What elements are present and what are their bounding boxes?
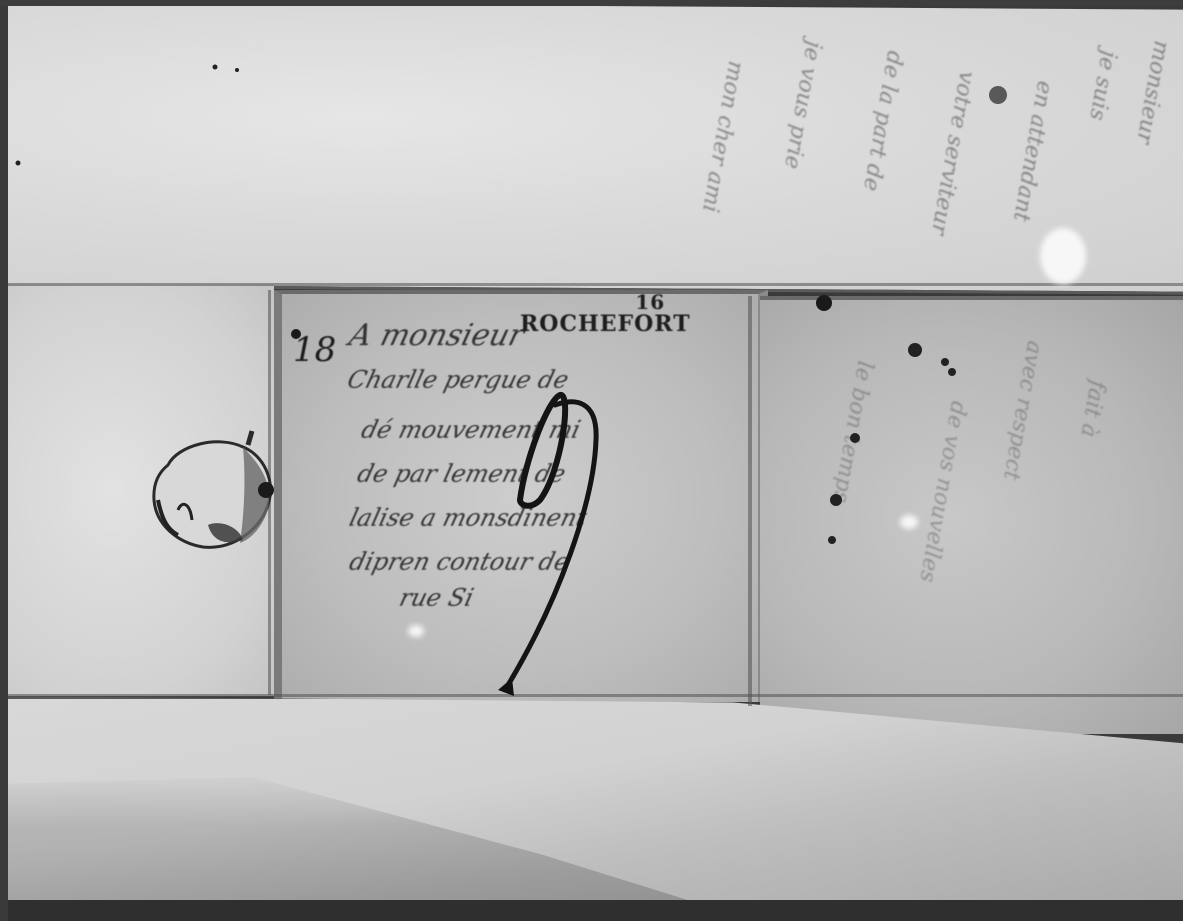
- light-glare: [900, 515, 918, 529]
- letter-photograph: mon cher ami je vous prie de la part de …: [0, 0, 1183, 921]
- light-glare: [1040, 228, 1086, 284]
- light-glare: [408, 625, 424, 637]
- rate-mark: [0, 0, 1183, 921]
